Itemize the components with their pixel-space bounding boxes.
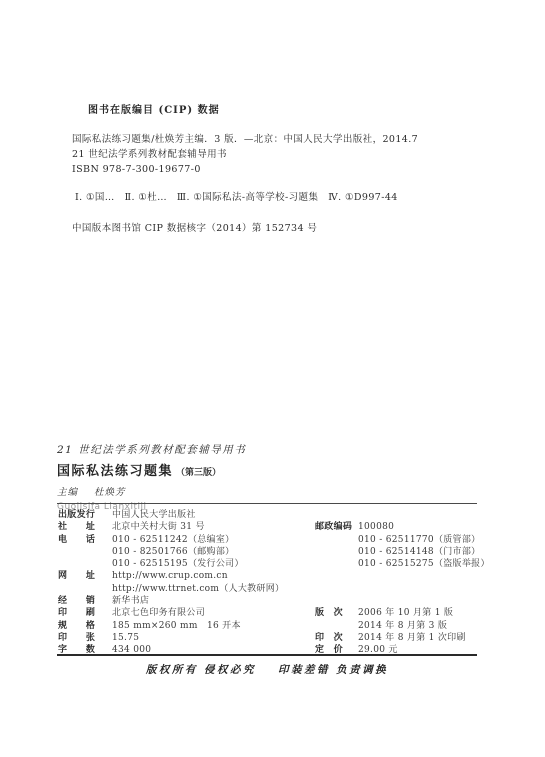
- row-value-right: 2006 年 10 月第 1 版: [358, 607, 478, 619]
- row-value: 新华书店: [112, 595, 315, 607]
- row-label: 经 销: [58, 595, 112, 607]
- cip-block: 图书在版编目 (CIP) 数据 国际私法练习题集/杜焕芳主编．3 版．—北京：中…: [72, 101, 472, 234]
- row-label-right: [315, 620, 358, 632]
- row-value-right: 010 - 62515275（盗版举报）: [358, 558, 490, 570]
- copyright-notice-left: 版权所有 侵权必究: [146, 662, 256, 677]
- row-label: 印 张: [58, 632, 112, 644]
- row-value: http://www.ttrnet.com（人大教研网）: [112, 583, 315, 595]
- cip-series-line: 21 世纪法学系列教材配套辅导用书: [72, 147, 472, 162]
- row-label: 电 话: [58, 534, 112, 546]
- cip-body: 国际私法练习题集/杜焕芳主编．3 版．—北京：中国人民大学出版社，2014.7 …: [72, 132, 472, 177]
- row-label: 规 格: [58, 620, 112, 632]
- table-row: 经 销 新华书店: [58, 595, 478, 607]
- row-value-right: [358, 595, 478, 607]
- row-value-right: [358, 570, 478, 582]
- row-label: 出版发行: [58, 509, 112, 521]
- row-label: [58, 583, 112, 595]
- editor-label: 主编: [57, 487, 78, 498]
- row-label: 印 刷: [58, 607, 112, 619]
- series-title: 21 世纪法学系列教材配套辅导用书: [57, 442, 477, 457]
- row-value: 中国人民大学出版社: [112, 509, 315, 521]
- row-value: 15.75: [112, 632, 315, 644]
- row-value-right: [358, 583, 478, 595]
- row-value: 010 - 82501766（邮购部）: [112, 546, 315, 558]
- row-label-right: [315, 558, 358, 570]
- row-value: 185 mm×260 mm 16 开本: [112, 620, 315, 632]
- book-title-row: 国际私法练习题集 （第三版）: [57, 460, 477, 479]
- row-label: 社 址: [58, 521, 112, 533]
- row-value: 北京中关村大街 31 号: [112, 521, 315, 533]
- row-value-right: 010 - 62514148（门市部）: [358, 546, 480, 558]
- row-label-right: [315, 583, 358, 595]
- row-value: 010 - 62515195（发行公司）: [112, 558, 315, 570]
- table-row: 规 格 185 mm×260 mm 16 开本 2014 年 8 月第 3 版: [58, 620, 478, 632]
- table-row: 印 张 15.75 印 次 2014 年 8 月第 1 次印刷: [58, 632, 478, 644]
- table-row: 010 - 62515195（发行公司） 010 - 62515275（盗版举报…: [58, 558, 478, 570]
- row-value: 010 - 62511242（总编室）: [112, 534, 315, 546]
- row-label-right: 版 次: [315, 607, 358, 619]
- copyright-notice-right: 印装差错 负责调换: [278, 662, 388, 677]
- colophon-table: 出版发行 中国人民大学出版社 社 址 北京中关村大街 31 号 邮政编码 100…: [58, 509, 478, 657]
- cip-isbn: ISBN 978-7-300-19677-0: [72, 162, 472, 177]
- table-row: 出版发行 中国人民大学出版社: [58, 509, 478, 521]
- table-row: 社 址 北京中关村大街 31 号 邮政编码 100080: [58, 521, 478, 533]
- table-row: 电 话 010 - 62511242（总编室） 010 - 62511770（质…: [58, 534, 478, 546]
- divider-top: [57, 503, 477, 504]
- row-label-right: [315, 534, 358, 546]
- cip-classification: Ⅰ. ①国… Ⅱ. ①杜… Ⅲ. ①国际私法-高等学校-习题集 Ⅳ. ①D997…: [75, 189, 472, 203]
- row-label: [58, 546, 112, 558]
- row-value-right: 2014 年 8 月第 3 版: [358, 620, 478, 632]
- book-edition: （第三版）: [176, 465, 221, 478]
- row-label-right: [315, 570, 358, 582]
- row-label-right: [315, 546, 358, 558]
- row-value-right: 2014 年 8 月第 1 次印刷: [358, 632, 478, 644]
- row-label: 网 址: [58, 570, 112, 582]
- copyright-notice: 版权所有 侵权必究 印装差错 负责调换: [57, 662, 477, 677]
- table-row: 网 址 http://www.crup.com.cn: [58, 570, 478, 582]
- cip-bibliographic-line: 国际私法练习题集/杜焕芳主编．3 版．—北京：中国人民大学出版社，2014.7: [72, 132, 472, 147]
- row-label-right: [315, 595, 358, 607]
- row-label-right: 邮政编码: [315, 521, 358, 533]
- row-label-right: [315, 509, 358, 521]
- row-value-right: 010 - 62511770（质管部）: [358, 534, 480, 546]
- cip-heading: 图书在版编目 (CIP) 数据: [88, 101, 472, 116]
- book-title: 国际私法练习题集: [57, 460, 173, 479]
- cip-record-number: 中国版本图书馆 CIP 数据核字（2014）第 152734 号: [72, 220, 472, 234]
- editor-name: 杜焕芳: [94, 487, 126, 498]
- row-value: http://www.crup.com.cn: [112, 570, 315, 582]
- row-label-right: 印 次: [315, 632, 358, 644]
- table-row: 印 刷 北京七色印务有限公司 版 次 2006 年 10 月第 1 版: [58, 607, 478, 619]
- row-value: 北京七色印务有限公司: [112, 607, 315, 619]
- row-value-right: 100080: [358, 521, 478, 533]
- title-block: 21 世纪法学系列教材配套辅导用书 国际私法练习题集 （第三版） 主编 杜焕芳 …: [57, 442, 477, 512]
- copyright-page: 图书在版编目 (CIP) 数据 国际私法练习题集/杜焕芳主编．3 版．—北京：中…: [0, 0, 545, 757]
- table-row: 010 - 82501766（邮购部） 010 - 62514148（门市部）: [58, 546, 478, 558]
- row-label: [58, 558, 112, 570]
- table-row: http://www.ttrnet.com（人大教研网）: [58, 583, 478, 595]
- row-value-right: [358, 509, 478, 521]
- editor-row: 主编 杜焕芳: [57, 484, 477, 498]
- divider-bottom: [57, 654, 477, 656]
